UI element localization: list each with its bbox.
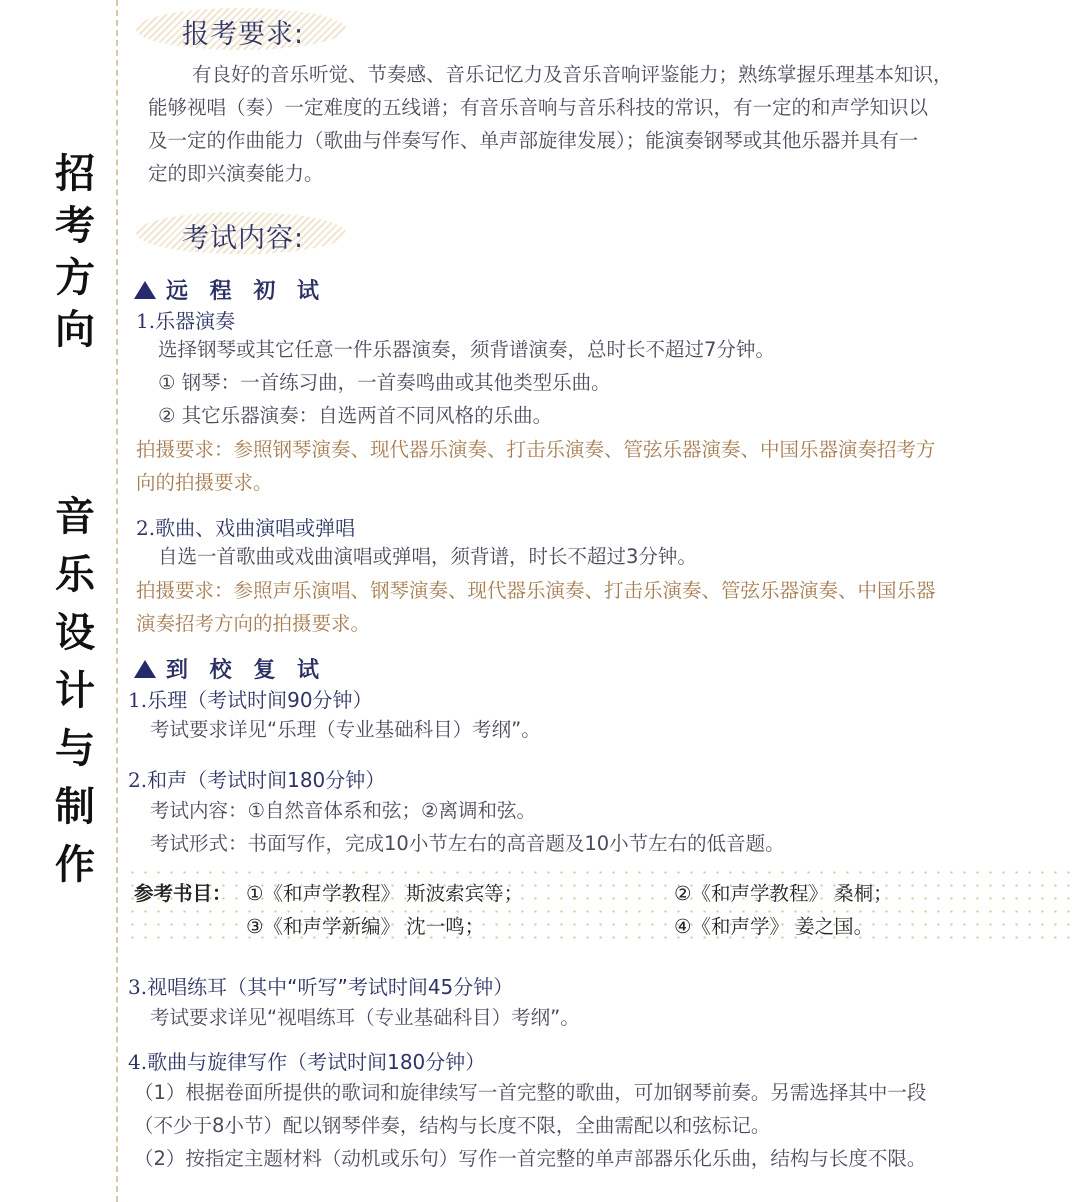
- char: 音: [52, 488, 98, 546]
- filming-requirement: 拍摄要求：参照钢琴演奏、现代器乐演奏、打击乐演奏、管弦乐器演奏、中国乐器演奏招考…: [136, 433, 936, 466]
- item-heading: 1.乐器演奏: [136, 305, 235, 334]
- char: 设: [52, 604, 98, 662]
- item-title: 歌曲、戏曲演唱或弹唱: [155, 516, 355, 540]
- char: 考: [52, 200, 98, 252]
- filming-requirement: 演奏招考方向的拍摄要求。: [136, 607, 370, 640]
- requirements-paragraph: 有良好的音乐听觉、节奏感、音乐记忆力及音乐音响评鉴能力；熟练掌握乐理基本知识， …: [148, 58, 1048, 190]
- item-line: 考试内容：①自然音体系和弦；②离调和弦。: [150, 794, 536, 827]
- requirements-heading: 报考要求:: [182, 12, 304, 51]
- char: 乐: [52, 546, 98, 604]
- item-number: 2.: [128, 768, 147, 792]
- item-description: 自选一首歌曲或戏曲演唱或弹唱，须背谱，时长不超过3分钟。: [158, 540, 697, 573]
- major-vertical-title: 音 乐 设 计 与 制 作: [52, 488, 98, 894]
- remote-round-heading: 远 程 初 试: [134, 274, 326, 305]
- exam-heading-banner: 考试内容:: [136, 212, 346, 254]
- item-line: 考试要求详见“乐理（专业基础科目）考纲”。: [150, 713, 541, 746]
- char: 向: [52, 304, 98, 356]
- item-number: 4.: [128, 1050, 147, 1074]
- item-title: 乐器演奏: [155, 309, 235, 333]
- char: 与: [52, 720, 98, 778]
- category-vertical-title: 招 考 方 向: [52, 148, 98, 356]
- item-title: 视唱练耳（其中“听写”考试时间45分钟）: [147, 975, 513, 999]
- item-title: 歌曲与旋律写作（考试时间180分钟）: [147, 1050, 485, 1074]
- filming-requirement: 拍摄要求：参照声乐演唱、钢琴演奏、现代器乐演奏、打击乐演奏、管弦乐器演奏、中国乐…: [136, 574, 936, 607]
- references-label: 参考书目：: [134, 878, 232, 906]
- char: 招: [52, 148, 98, 200]
- item-number: 3.: [128, 975, 147, 999]
- reference-book: ②《和声学教程》 桑桐；: [674, 878, 893, 906]
- item-heading: 2.和声（考试时间180分钟）: [128, 764, 385, 793]
- heading-text: 到 校 复 试: [166, 658, 326, 683]
- char: 计: [52, 662, 98, 720]
- reference-book: ④《和声学》 姜之国。: [674, 911, 873, 939]
- item-number: 1.: [136, 309, 155, 333]
- filming-requirement: 向的拍摄要求。: [136, 466, 273, 499]
- item-number: 1.: [128, 688, 147, 712]
- dashed-divider: [116, 0, 118, 1202]
- reference-book: ③《和声学新编》 沈一鸣；: [246, 911, 484, 939]
- item-heading: 2.歌曲、戏曲演唱或弹唱: [136, 512, 355, 541]
- triangle-icon: [134, 281, 156, 299]
- item-line: （1）根据卷面所提供的歌词和旋律续写一首完整的歌曲，可加钢琴前奏。另需选择其中一…: [134, 1076, 926, 1109]
- requirements-heading-banner: 报考要求:: [136, 8, 346, 50]
- triangle-icon: [134, 660, 156, 678]
- heading-text: 远 程 初 试: [166, 279, 326, 304]
- item-line: （不少于8小节）配以钢琴伴奏，结构与长度不限，全曲需配以和弦标记。: [134, 1109, 770, 1142]
- char: 作: [52, 836, 98, 894]
- item-line: （2）按指定主题材料（动机或乐句）写作一首完整的单声部器乐化乐曲，结构与长度不限…: [134, 1142, 926, 1175]
- item-number: 2.: [136, 516, 155, 540]
- char: 方: [52, 252, 98, 304]
- text-line: 及一定的作曲能力（歌曲与伴奏写作、单声部旋律发展）；能演奏钢琴或其他乐器并具有一: [148, 124, 1048, 157]
- item-title: 和声（考试时间180分钟）: [147, 768, 385, 792]
- sub-item: ② 其它乐器演奏：自选两首不同风格的乐曲。: [158, 399, 552, 432]
- item-line: 考试形式：书面写作，完成10小节左右的高音题及10小节左右的低音题。: [150, 827, 785, 860]
- item-heading: 4.歌曲与旋律写作（考试时间180分钟）: [128, 1046, 485, 1075]
- text-line: 有良好的音乐听觉、节奏感、音乐记忆力及音乐音响评鉴能力；熟练掌握乐理基本知识，: [148, 58, 1048, 91]
- reference-book: ①《和声学教程》 斯波索宾等；: [246, 878, 523, 906]
- item-title: 乐理（考试时间90分钟）: [147, 688, 372, 712]
- item-heading: 1.乐理（考试时间90分钟）: [128, 684, 373, 713]
- onsite-round-heading: 到 校 复 试: [134, 653, 326, 684]
- item-line: 考试要求详见“视唱练耳（专业基础科目）考纲”。: [150, 1001, 580, 1034]
- text-line: 能够视唱（奏）一定难度的五线谱；有音乐音响与音乐科技的常识，有一定的和声学知识以: [148, 91, 1048, 124]
- char: 制: [52, 778, 98, 836]
- sub-item: ① 钢琴：一首练习曲，一首奏鸣曲或其他类型乐曲。: [158, 366, 611, 399]
- text-line: 定的即兴演奏能力。: [148, 157, 1048, 190]
- exam-heading: 考试内容:: [182, 216, 304, 255]
- item-heading: 3.视唱练耳（其中“听写”考试时间45分钟）: [128, 971, 513, 1000]
- item-description: 选择钢琴或其它任意一件乐器演奏，须背谱演奏，总时长不超过7分钟。: [158, 333, 775, 366]
